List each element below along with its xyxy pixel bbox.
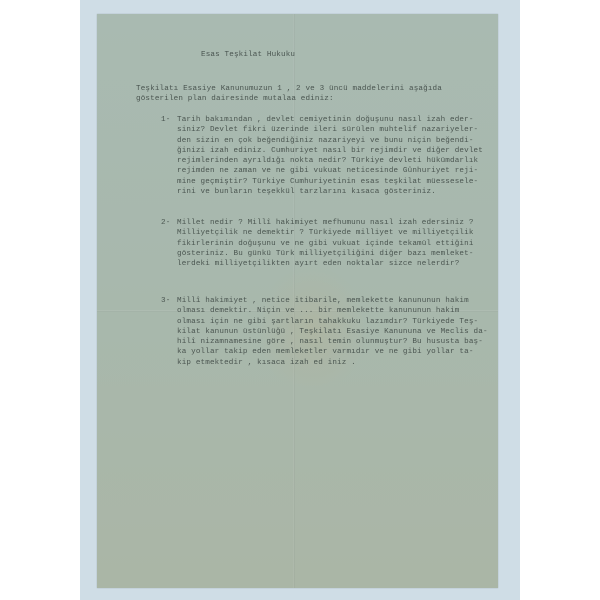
question-number: 1- — [161, 115, 170, 125]
question-text: Millet nedir ? Millî hakimiyet mefhumunu… — [177, 218, 474, 269]
question-item-2: 2- Millet nedir ? Millî hakimiyet mefhum… — [161, 218, 180, 259]
question-number: 3- — [161, 296, 170, 306]
question-text: Tarih bakımından , devlet cemiyetinin do… — [177, 115, 483, 197]
document-sheet: Esas Teşkilat Hukuku Teşkilatı Esasiye K… — [97, 14, 498, 588]
document-intro: Teşkilatı Esasiye Kanunumuzun 1 , 2 ve 3… — [136, 84, 442, 105]
document-title: Esas Teşkilat Hukuku — [201, 50, 295, 60]
question-item-3: 3- Millî hakimiyet , netice itibarile, m… — [161, 296, 180, 337]
question-item-1: 1- Tarih bakımından , devlet cemiyetinin… — [161, 115, 180, 156]
question-text: Millî hakimiyet , netice itibarile, meml… — [177, 296, 488, 368]
question-number: 2- — [161, 218, 170, 228]
